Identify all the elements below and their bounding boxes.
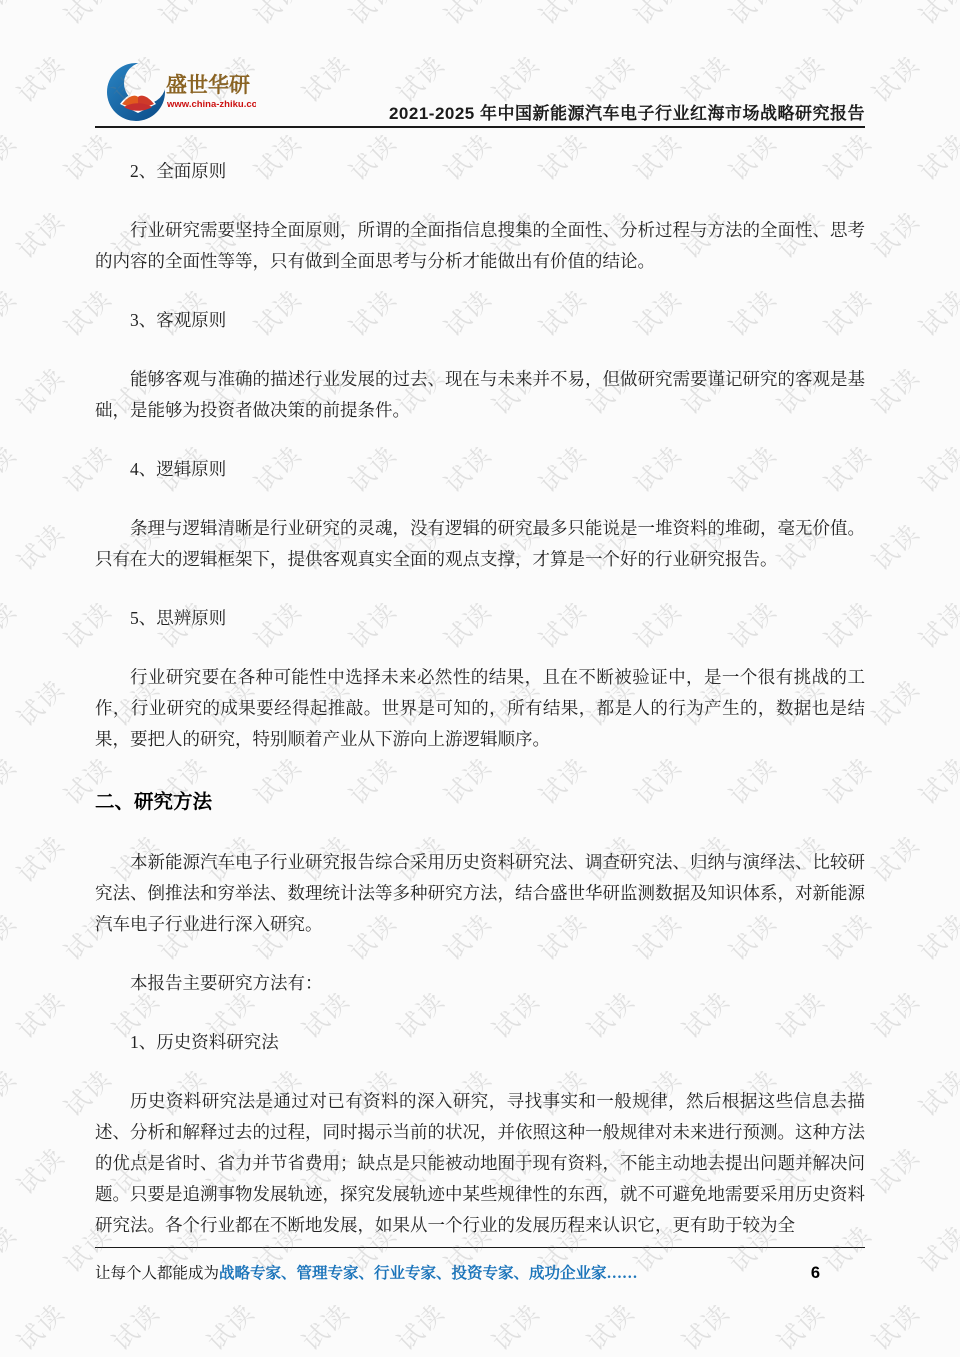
body-paragraph: 行业研究需要坚持全面原则，所谓的全面指信息搜集的全面性、分析过程与方法的全面性、… (95, 215, 865, 277)
watermark-text: 试读 (8, 826, 72, 890)
watermark-text: 试读 (910, 436, 960, 500)
watermark-text: 试读 (863, 46, 927, 110)
report-title: 2021-2025 年中国新能源汽车电子行业红海市场战略研究报告 (389, 99, 865, 124)
watermark-text: 试读 (0, 124, 24, 188)
section-subheading: 2、全面原则 (95, 156, 865, 187)
watermark-text: 试读 (103, 1294, 167, 1357)
watermark-text: 试读 (483, 1294, 547, 1357)
footer-slogan-prefix: 让每个人都能成为 (95, 1262, 219, 1286)
watermark-text: 试读 (768, 1294, 832, 1357)
watermark-text: 试读 (0, 436, 24, 500)
watermark-text: 试读 (910, 904, 960, 968)
watermark-text: 试读 (0, 1216, 24, 1280)
watermark-text: 试读 (863, 670, 927, 734)
document-page: { "header": { "logo": { "name": "盛世华研", … (0, 0, 960, 1357)
body-paragraph: 历史资料研究法是通过对已有资料的深入研究，寻找事实和一般规律，然后根据这些信息去… (95, 1086, 865, 1241)
page-number: 6 (811, 1261, 865, 1285)
logo-name-text: 盛世华研 (166, 73, 250, 97)
watermark-text: 试读 (625, 0, 689, 32)
watermark-text: 试读 (910, 1060, 960, 1124)
document-body: 2、全面原则行业研究需要坚持全面原则，所谓的全面指信息搜集的全面性、分析过程与方… (95, 128, 865, 1244)
body-paragraph: 行业研究要在各种可能性中选择未来必然性的结果，且在不断被验证中，是一个很有挑战的… (95, 662, 865, 755)
watermark-text: 试读 (8, 982, 72, 1046)
watermark-text: 试读 (815, 0, 879, 32)
watermark-text: 试读 (673, 1294, 737, 1357)
watermark-text: 试读 (578, 1294, 642, 1357)
watermark-text: 试读 (8, 514, 72, 578)
watermark-text: 试读 (340, 0, 404, 32)
watermark-text: 试读 (0, 0, 24, 32)
logo-icon: 盛世华研 www.china-zhiku.com (106, 60, 256, 122)
watermark-text: 试读 (863, 1294, 927, 1357)
watermark-text: 试读 (910, 280, 960, 344)
watermark-text: 试读 (863, 514, 927, 578)
watermark-text: 试读 (863, 1138, 927, 1202)
watermark-text: 试读 (8, 202, 72, 266)
watermark-text: 试读 (388, 1294, 452, 1357)
footer-slogan-highlight: 战略专家、管理专家、行业专家、投资专家、成功企业家…… (219, 1262, 638, 1286)
section-subheading: 3、客观原则 (95, 305, 865, 336)
watermark-text: 试读 (910, 124, 960, 188)
section-heading: 二、研究方法 (95, 785, 865, 819)
watermark-text: 试读 (0, 748, 24, 812)
watermark-text: 试读 (293, 1294, 357, 1357)
watermark-text: 试读 (0, 280, 24, 344)
logo-url-text: www.china-zhiku.com (166, 99, 256, 110)
watermark-text: 试读 (863, 202, 927, 266)
watermark-text: 试读 (910, 0, 960, 32)
watermark-text: 试读 (0, 904, 24, 968)
footer-divider (95, 1247, 865, 1248)
watermark-text: 试读 (720, 0, 784, 32)
body-paragraph: 能够客观与准确的描述行业发展的过去、现在与未来并不易，但做研究需要谨记研究的客观… (95, 364, 865, 426)
watermark-text: 试读 (293, 46, 357, 110)
watermark-text: 试读 (245, 0, 309, 32)
company-logo: 盛世华研 www.china-zhiku.com (106, 60, 256, 122)
watermark-text: 试读 (910, 748, 960, 812)
watermark-text: 试读 (8, 670, 72, 734)
watermark-text: 试读 (8, 46, 72, 110)
watermark-text: 试读 (8, 1138, 72, 1202)
section-subheading: 1、历史资料研究法 (95, 1027, 865, 1058)
section-subheading: 5、思辨原则 (95, 603, 865, 634)
watermark-text: 试读 (910, 1216, 960, 1280)
watermark-text: 试读 (530, 0, 594, 32)
body-paragraph: 本报告主要研究方法有： (95, 968, 865, 999)
watermark-text: 试读 (435, 0, 499, 32)
watermark-text: 试读 (8, 1294, 72, 1357)
watermark-text: 试读 (55, 0, 119, 32)
watermark-text: 试读 (863, 982, 927, 1046)
watermark-text: 试读 (150, 0, 214, 32)
watermark-text: 试读 (863, 358, 927, 422)
watermark-text: 试读 (0, 1060, 24, 1124)
watermark-text: 试读 (0, 592, 24, 656)
watermark-text: 试读 (198, 1294, 262, 1357)
body-paragraph: 本新能源汽车电子行业研究报告综合采用历史资料研究法、调查研究法、归纳与演绎法、比… (95, 847, 865, 940)
watermark-text: 试读 (8, 358, 72, 422)
watermark-text: 试读 (863, 826, 927, 890)
watermark-text: 试读 (910, 592, 960, 656)
section-subheading: 4、逻辑原则 (95, 454, 865, 485)
body-paragraph: 条理与逻辑清晰是行业研究的灵魂，没有逻辑的研究最多只能说是一堆资料的堆砌，毫无价… (95, 513, 865, 575)
footer: 让每个人都能成为 战略专家、管理专家、行业专家、投资专家、成功企业家…… 6 (95, 1261, 865, 1286)
